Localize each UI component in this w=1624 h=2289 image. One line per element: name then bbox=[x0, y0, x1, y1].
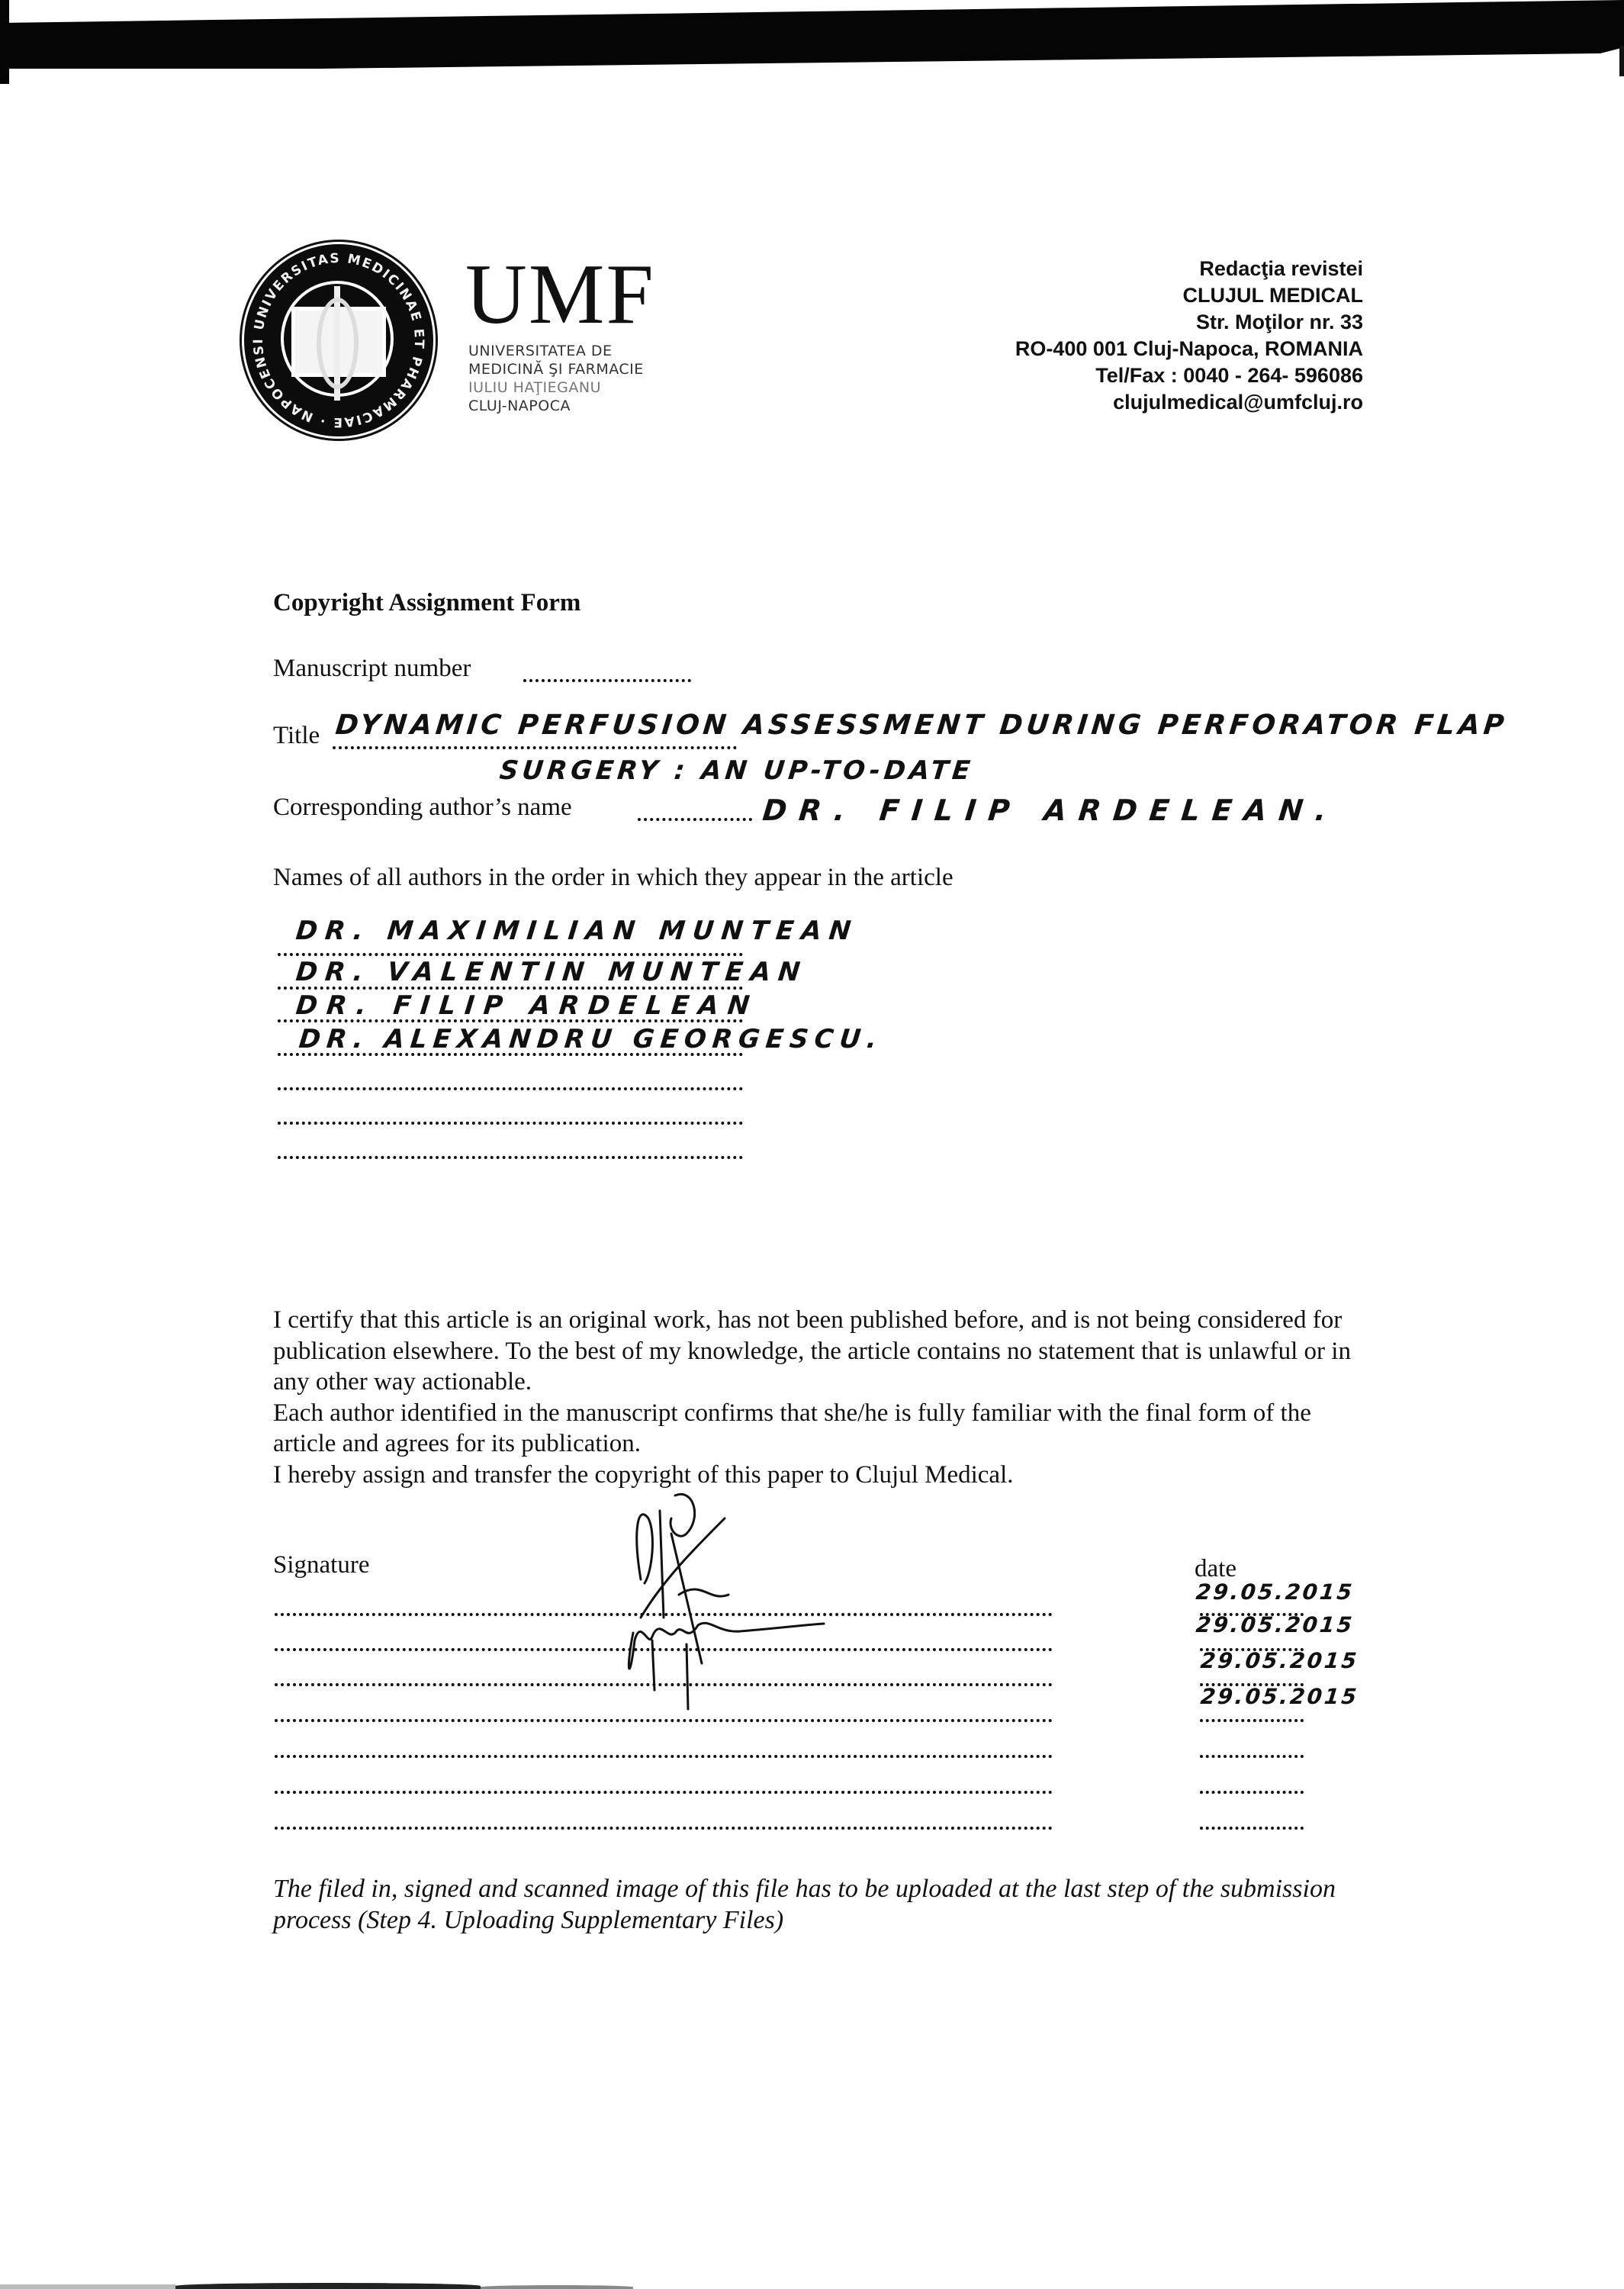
date-entry[interactable]: 29.05.2015 bbox=[1195, 1579, 1355, 1605]
date-entry[interactable]: 29.05.2015 bbox=[1195, 1612, 1355, 1637]
address-line: Tel/Fax : 0040 - 264- 596086 bbox=[1015, 362, 1363, 389]
author-line[interactable] bbox=[278, 1122, 743, 1125]
corresponding-author-label: Corresponding author’s name bbox=[273, 794, 572, 822]
svg-text:UNIVERSITAS MEDICINAE ET PHARM: UNIVERSITAS MEDICINAE ET PHARMACIAE · NA… bbox=[244, 244, 426, 430]
institution-name: UNIVERSITATEA DE MEDICINĂ ŞI FARMACIE IU… bbox=[468, 342, 644, 415]
institution-name-line: CLUJ-NAPOCA bbox=[468, 397, 644, 415]
date-line[interactable] bbox=[1200, 1827, 1304, 1830]
handwritten-signature bbox=[595, 1488, 915, 1717]
author-entry[interactable]: Dr. Valentin Muntean bbox=[294, 957, 809, 987]
copyright-transfer-paragraph: I hereby assign and transfer the copyrig… bbox=[273, 1460, 1379, 1491]
university-seal-logo: UNIVERSITAS MEDICINAE ET PHARMACIAE · NA… bbox=[244, 244, 433, 436]
date-entry[interactable]: 29.05.2015 bbox=[1199, 1684, 1360, 1709]
manuscript-number-field[interactable] bbox=[523, 679, 691, 682]
signature-line[interactable] bbox=[275, 1755, 1053, 1758]
author-entry[interactable]: Dr. Maximilian Muntean bbox=[294, 916, 860, 946]
manuscript-number-label: Manuscript number bbox=[273, 655, 471, 683]
title-value-line2[interactable]: surgery : an up-to-date bbox=[498, 755, 976, 786]
certification-text: I certify that this article is an origin… bbox=[273, 1305, 1379, 1490]
address-line: RO-400 001 Cluj-Napoca, ROMANIA bbox=[1015, 336, 1363, 362]
date-line bbox=[1200, 1719, 1304, 1722]
author-line bbox=[278, 953, 743, 956]
scan-binding-edge bbox=[0, 0, 1624, 69]
corresponding-author-underline bbox=[638, 818, 752, 821]
scan-edge-bottom bbox=[481, 2285, 633, 2289]
email-address: clujulmedical@umfcluj.ro bbox=[1015, 389, 1363, 416]
signature-line[interactable] bbox=[275, 1719, 1053, 1722]
institution-name-line: MEDICINĂ ŞI FARMACIE bbox=[468, 360, 644, 378]
address-line: Redacţia revistei bbox=[1015, 256, 1363, 282]
institution-acronym: UMF bbox=[465, 252, 655, 337]
journal-address: Redacţia revistei CLUJUL MEDICAL Str. Mo… bbox=[1015, 256, 1363, 416]
title-field-underline bbox=[333, 746, 737, 749]
scan-edge-right bbox=[1619, 46, 1624, 76]
authors-heading: Names of all authors in the order in whi… bbox=[273, 864, 953, 892]
author-confirmation-paragraph: Each author identified in the manuscript… bbox=[273, 1398, 1379, 1460]
author-entry[interactable]: Dr. Alexandru Georgescu. bbox=[297, 1024, 884, 1054]
scan-edge-bottom bbox=[175, 2283, 481, 2289]
scan-edge-left bbox=[0, 0, 9, 84]
title-label: Title bbox=[273, 722, 320, 750]
institution-name-line: UNIVERSITATEA DE bbox=[468, 342, 644, 360]
title-value-line1[interactable]: Dynamic perfusion assessment during perf… bbox=[334, 710, 1510, 741]
signature-line[interactable] bbox=[275, 1827, 1053, 1830]
author-line[interactable] bbox=[278, 1087, 743, 1090]
upload-instructions-note: The filed in, signed and scanned image o… bbox=[273, 1873, 1402, 1936]
date-line[interactable] bbox=[1200, 1791, 1304, 1794]
address-line: Str. Moţilor nr. 33 bbox=[1015, 309, 1363, 336]
signature-line[interactable] bbox=[275, 1791, 1053, 1794]
institution-name-line: IULIU HAŢIEGANU bbox=[468, 378, 644, 397]
date-entry[interactable]: 29.05.2015 bbox=[1199, 1648, 1360, 1673]
signature-label: Signature bbox=[273, 1551, 369, 1579]
corresponding-author-value[interactable]: Dr. Filip Ardelean. bbox=[761, 794, 1340, 827]
address-line: CLUJUL MEDICAL bbox=[1015, 282, 1363, 309]
scan-edge-bottom bbox=[0, 2284, 175, 2289]
seal-ring-text: UNIVERSITAS MEDICINAE ET PHARMACIAE · NA… bbox=[244, 244, 433, 436]
author-line[interactable] bbox=[278, 1156, 743, 1159]
date-line[interactable] bbox=[1200, 1755, 1304, 1758]
author-entry[interactable]: Dr. Filip Ardelean bbox=[294, 990, 761, 1021]
form-title: Copyright Assignment Form bbox=[273, 589, 580, 617]
certification-paragraph: I certify that this article is an origin… bbox=[273, 1305, 1379, 1398]
